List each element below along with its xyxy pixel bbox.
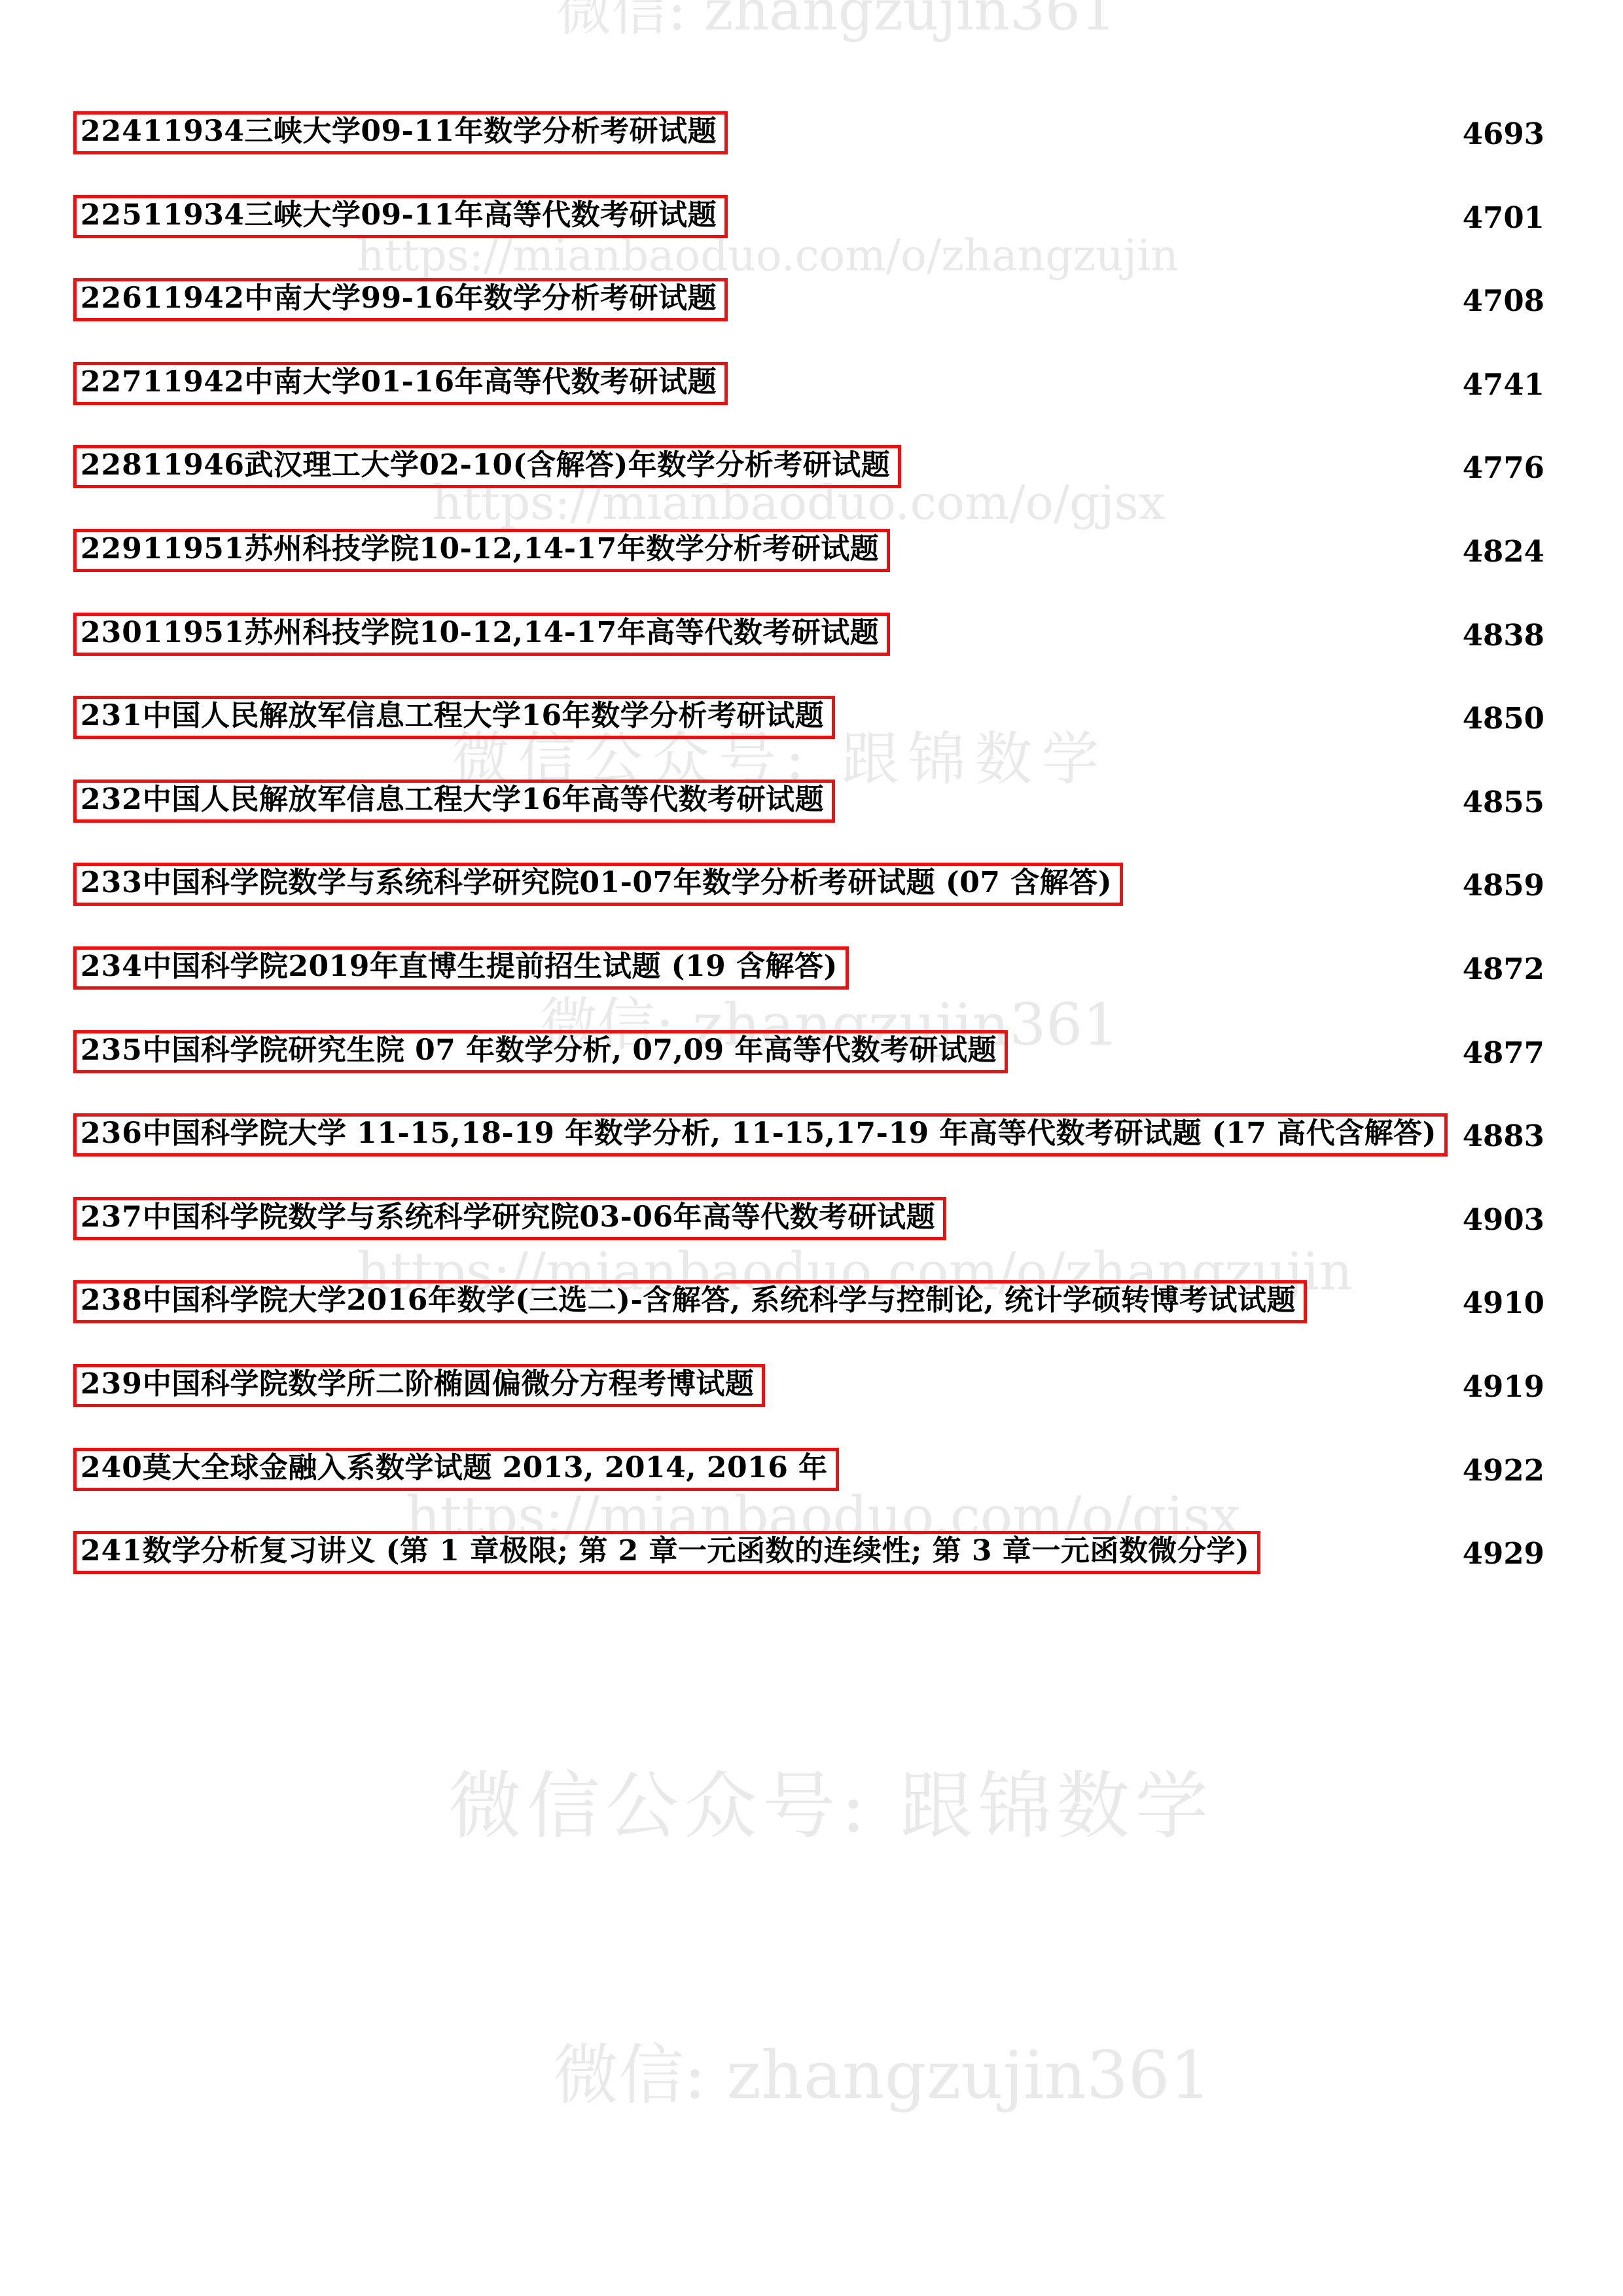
toc-entry-link[interactable]: 22811946武汉理工大学02-10(含解答)年数学分析考研试题 bbox=[73, 445, 901, 488]
entry-title: 11951苏州科技学院10-12,14-17年高等代数考研试题 bbox=[143, 616, 879, 649]
entry-page-number: 4910 bbox=[1463, 1287, 1544, 1319]
entry-title: 11942中南大学99-16年数学分析考研试题 bbox=[143, 281, 717, 315]
toc-row: 237中国科学院数学与系统科学研究院03-06年高等代数考研试题4903 bbox=[73, 1197, 1544, 1236]
entry-number: 232 bbox=[80, 783, 143, 816]
toc-row: 239中国科学院数学所二阶椭圆偏微分方程考博试题4919 bbox=[73, 1364, 1544, 1403]
entry-title: 11946武汉理工大学02-10(含解答)年数学分析考研试题 bbox=[143, 448, 890, 482]
entry-page-number: 4929 bbox=[1463, 1537, 1544, 1570]
entry-title: 中国科学院数学所二阶椭圆偏微分方程考博试题 bbox=[143, 1367, 755, 1401]
toc-row: 22611942中南大学99-16年数学分析考研试题4708 bbox=[73, 278, 1544, 317]
toc-entry-link[interactable]: 235中国科学院研究生院 07 年数学分析, 07,09 年高等代数考研试题 bbox=[73, 1030, 1008, 1073]
toc-entry-link[interactable]: 22411934三峡大学09-11年数学分析考研试题 bbox=[73, 111, 728, 154]
entry-page-number: 4693 bbox=[1463, 118, 1544, 151]
toc-row: 22411934三峡大学09-11年数学分析考研试题4693 bbox=[73, 111, 1544, 151]
toc-entry-link[interactable]: 241数学分析复习讲义 (第 1 章极限; 第 2 章一元函数的连续性; 第 3… bbox=[73, 1531, 1260, 1574]
entry-number: 230 bbox=[80, 616, 143, 649]
entry-title: 中国科学院大学 11-15,18-19 年数学分析, 11-15,17-19 年… bbox=[143, 1117, 1436, 1150]
toc-entry-link[interactable]: 237中国科学院数学与系统科学研究院03-06年高等代数考研试题 bbox=[73, 1197, 946, 1240]
entry-number: 224 bbox=[80, 115, 143, 148]
entry-title: 中国人民解放军信息工程大学16年数学分析考研试题 bbox=[143, 699, 824, 732]
toc-entry-link[interactable]: 233中国科学院数学与系统科学研究院01-07年数学分析考研试题 (07 含解答… bbox=[73, 863, 1123, 906]
entry-title: 中国科学院大学2016年数学(三选二)-含解答, 系统科学与控制论, 统计学硕转… bbox=[143, 1283, 1296, 1317]
entry-number: 234 bbox=[80, 950, 143, 983]
entry-number: 226 bbox=[80, 281, 143, 315]
toc-entry-link[interactable]: 236中国科学院大学 11-15,18-19 年数学分析, 11-15,17-1… bbox=[73, 1113, 1448, 1157]
toc-entry-link[interactable]: 232中国人民解放军信息工程大学16年高等代数考研试题 bbox=[73, 780, 835, 823]
entry-title: 中国人民解放军信息工程大学16年高等代数考研试题 bbox=[143, 783, 824, 816]
entry-page-number: 4850 bbox=[1463, 702, 1544, 735]
toc-entry-link[interactable]: 239中国科学院数学所二阶椭圆偏微分方程考博试题 bbox=[73, 1364, 765, 1407]
entry-title: 中国科学院数学与系统科学研究院03-06年高等代数考研试题 bbox=[143, 1200, 935, 1234]
toc-row: 240莫大全球金融入系数学试题 2013, 2014, 2016 年4922 bbox=[73, 1448, 1544, 1487]
toc-row: 234中国科学院2019年直博生提前招生试题 (19 含解答)4872 bbox=[73, 946, 1544, 986]
toc-entry-link[interactable]: 231中国人民解放军信息工程大学16年数学分析考研试题 bbox=[73, 696, 835, 739]
toc-entry-link[interactable]: 22511934三峡大学09-11年高等代数考研试题 bbox=[73, 195, 728, 238]
toc-entry-link[interactable]: 238中国科学院大学2016年数学(三选二)-含解答, 系统科学与控制论, 统计… bbox=[73, 1280, 1307, 1323]
toc-entry-link[interactable]: 22611942中南大学99-16年数学分析考研试题 bbox=[73, 278, 728, 321]
entry-title: 11942中南大学01-16年高等代数考研试题 bbox=[143, 365, 717, 399]
entry-page-number: 4701 bbox=[1463, 202, 1544, 234]
entry-number: 233 bbox=[80, 866, 143, 899]
entry-title: 数学分析复习讲义 (第 1 章极限; 第 2 章一元函数的连续性; 第 3 章一… bbox=[143, 1534, 1249, 1568]
entry-title: 中国科学院数学与系统科学研究院01-07年数学分析考研试题 (07 含解答) bbox=[143, 866, 1112, 899]
toc-row: 231中国人民解放军信息工程大学16年数学分析考研试题4850 bbox=[73, 696, 1544, 735]
toc-row: 232中国人民解放军信息工程大学16年高等代数考研试题4855 bbox=[73, 780, 1544, 819]
entry-title: 11934三峡大学09-11年高等代数考研试题 bbox=[143, 198, 717, 232]
toc-row: 23011951苏州科技学院10-12,14-17年高等代数考研试题4838 bbox=[73, 613, 1544, 652]
entry-page-number: 4877 bbox=[1463, 1037, 1544, 1069]
entry-number: 240 bbox=[80, 1451, 143, 1484]
toc-row: 22711942中南大学01-16年高等代数考研试题4741 bbox=[73, 362, 1544, 401]
entry-number: 228 bbox=[80, 448, 143, 482]
toc-row: 233中国科学院数学与系统科学研究院01-07年数学分析考研试题 (07 含解答… bbox=[73, 863, 1544, 902]
entry-number: 236 bbox=[80, 1117, 143, 1150]
entry-page-number: 4838 bbox=[1463, 619, 1544, 652]
entry-title: 11951苏州科技学院10-12,14-17年数学分析考研试题 bbox=[143, 532, 879, 565]
entry-page-number: 4859 bbox=[1463, 869, 1544, 902]
entry-number: 239 bbox=[80, 1367, 143, 1401]
entry-number: 227 bbox=[80, 365, 143, 399]
entry-title: 中国科学院研究生院 07 年数学分析, 07,09 年高等代数考研试题 bbox=[143, 1033, 997, 1067]
entry-page-number: 4855 bbox=[1463, 786, 1544, 819]
toc-entry-link[interactable]: 234中国科学院2019年直博生提前招生试题 (19 含解答) bbox=[73, 946, 849, 990]
toc-row: 22511934三峡大学09-11年高等代数考研试题4701 bbox=[73, 195, 1544, 234]
toc-list: 22411934三峡大学09-11年数学分析考研试题469322511934三峡… bbox=[73, 0, 1544, 2296]
toc-entry-link[interactable]: 240莫大全球金融入系数学试题 2013, 2014, 2016 年 bbox=[73, 1448, 839, 1491]
toc-entry-link[interactable]: 22711942中南大学01-16年高等代数考研试题 bbox=[73, 362, 728, 405]
toc-entry-link[interactable]: 23011951苏州科技学院10-12,14-17年高等代数考研试题 bbox=[73, 613, 890, 656]
toc-row: 238中国科学院大学2016年数学(三选二)-含解答, 系统科学与控制论, 统计… bbox=[73, 1280, 1544, 1319]
entry-number: 229 bbox=[80, 532, 143, 565]
entry-number: 225 bbox=[80, 198, 143, 232]
entry-page-number: 4903 bbox=[1463, 1204, 1544, 1236]
entry-number: 231 bbox=[80, 699, 143, 732]
entry-number: 237 bbox=[80, 1200, 143, 1234]
entry-page-number: 4708 bbox=[1463, 285, 1544, 317]
entry-number: 235 bbox=[80, 1033, 143, 1067]
toc-row: 236中国科学院大学 11-15,18-19 年数学分析, 11-15,17-1… bbox=[73, 1113, 1544, 1153]
entry-number: 241 bbox=[80, 1534, 143, 1568]
entry-number: 238 bbox=[80, 1283, 143, 1317]
entry-title: 莫大全球金融入系数学试题 2013, 2014, 2016 年 bbox=[143, 1451, 828, 1484]
entry-page-number: 4824 bbox=[1463, 535, 1544, 568]
toc-row: 241数学分析复习讲义 (第 1 章极限; 第 2 章一元函数的连续性; 第 3… bbox=[73, 1531, 1544, 1570]
entry-title: 11934三峡大学09-11年数学分析考研试题 bbox=[143, 115, 717, 148]
entry-page-number: 4741 bbox=[1463, 368, 1544, 401]
toc-row: 235中国科学院研究生院 07 年数学分析, 07,09 年高等代数考研试题48… bbox=[73, 1030, 1544, 1069]
document-page: 微信: zhangzujin361https://mianbaoduo.com/… bbox=[0, 0, 1623, 2296]
toc-entry-link[interactable]: 22911951苏州科技学院10-12,14-17年数学分析考研试题 bbox=[73, 529, 890, 572]
entry-page-number: 4922 bbox=[1463, 1454, 1544, 1487]
toc-row: 22911951苏州科技学院10-12,14-17年数学分析考研试题4824 bbox=[73, 529, 1544, 568]
entry-title: 中国科学院2019年直博生提前招生试题 (19 含解答) bbox=[143, 950, 838, 983]
toc-row: 22811946武汉理工大学02-10(含解答)年数学分析考研试题4776 bbox=[73, 445, 1544, 484]
entry-page-number: 4919 bbox=[1463, 1371, 1544, 1403]
entry-page-number: 4776 bbox=[1463, 452, 1544, 484]
entry-page-number: 4872 bbox=[1463, 953, 1544, 986]
entry-page-number: 4883 bbox=[1463, 1120, 1544, 1153]
